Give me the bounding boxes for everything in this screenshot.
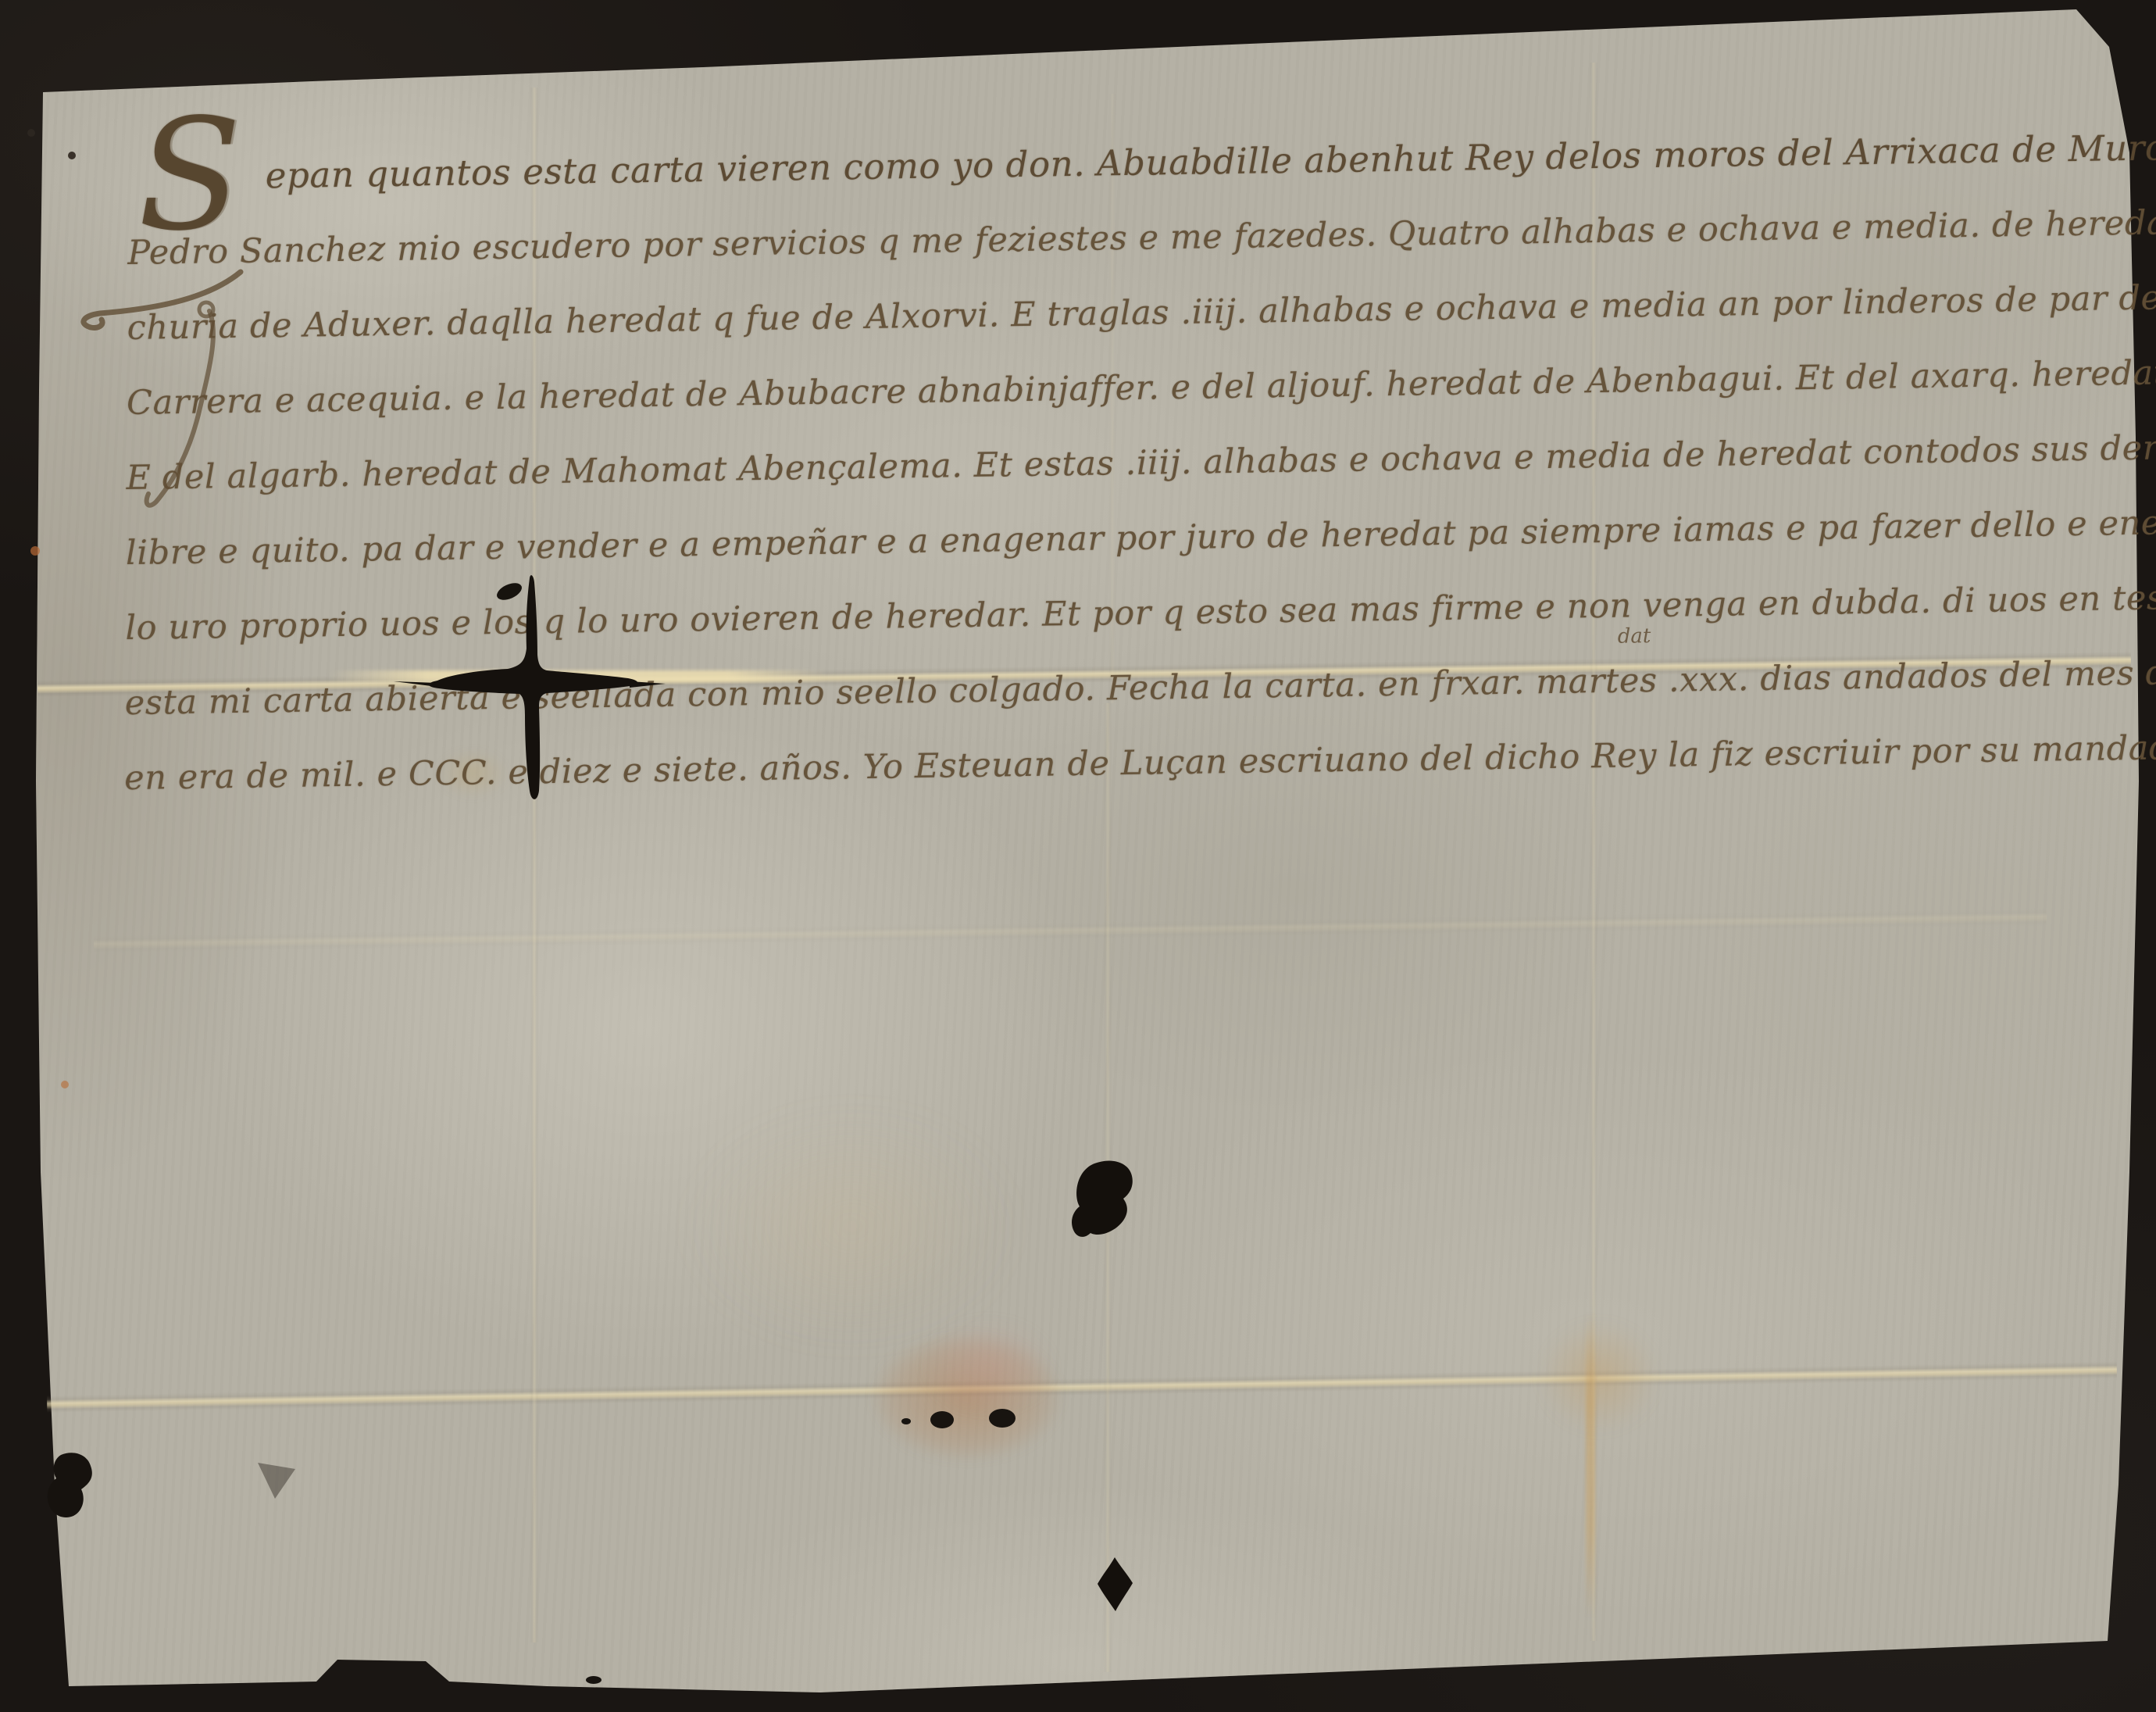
text-line-4: Carrera e acequia. e la heredat de Abuba… <box>127 353 2156 420</box>
text-line-8: esta mi carta abierta e seellada con mio… <box>124 655 2156 720</box>
text-line-2: Pedro Sanchez mio escudero por servicios… <box>127 202 2156 270</box>
charter-text: S epan quantos esta carta vieren como yo… <box>0 0 2156 1712</box>
drop-cap-initial: S <box>136 98 243 253</box>
photo-background: S epan quantos esta carta vieren como yo… <box>0 0 2156 1712</box>
text-line-5: E del algarb. heredat de Mahomat Abençal… <box>126 428 2156 495</box>
text-line-1: epan quantos esta carta vieren como yo d… <box>265 124 2156 193</box>
text-line-9: en era de mil. e CCC. e diez e siete. añ… <box>124 731 2156 795</box>
interlinear-correction: dat <box>1618 624 1651 649</box>
text-line-7: lo uro proprio uos e los q lo uro oviere… <box>125 580 2156 645</box>
text-line-6: libre e quito. pa dar e vender e a empeñ… <box>126 502 2156 570</box>
text-line-3: churia de Aduxer. daqlla heredat q fue d… <box>127 279 2156 345</box>
